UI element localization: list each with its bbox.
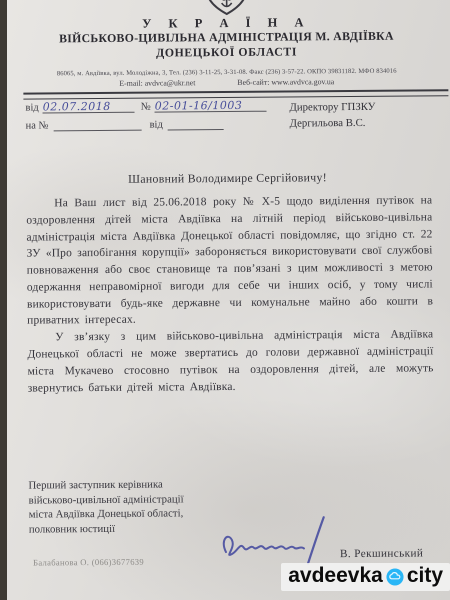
signatory-title-line: Перший заступник керівника	[28, 477, 183, 493]
letter-body: На Ваш лист від 25.06.2018 року № Х-5 що…	[26, 192, 434, 397]
watermark-text-left: avdeevka	[288, 564, 383, 588]
signatory-title-line: військово-цивільної адміністрації	[29, 492, 184, 508]
ref-number-label: №	[141, 102, 151, 113]
watermark-text-right: city	[407, 564, 443, 588]
ref-on-date-blank	[168, 117, 224, 130]
reference-row-outgoing: від 02.07.2018 № 02-01-16/1003	[25, 99, 275, 114]
signatory-title-line: міста Авдіївка Донецької області,	[29, 506, 184, 522]
letterhead-org-line2: ДОНЕЦЬКОЇ ОБЛАСТІ	[7, 43, 448, 61]
signatory-title-block: Перший заступник керівника військово-цив…	[28, 477, 184, 536]
letter-paper: У К Р А Ї Н А ВІЙСЬКОВО-ЦИВІЛЬНА АДМІНІС…	[7, 0, 450, 600]
ref-on-from-label: від	[150, 120, 163, 131]
ref-on-number-label: на №	[26, 120, 49, 131]
reference-row-incoming: на № від	[26, 117, 276, 132]
salutation: Шановний Володимире Сергійовичу!	[7, 169, 449, 187]
signatory-title-line: полковник юстиції	[29, 521, 184, 537]
site-watermark: avdeevka city	[281, 563, 450, 591]
letter-content: У К Р А Ї Н А ВІЙСЬКОВО-ЦИВІЛЬНА АДМІНІС…	[7, 0, 450, 600]
document-photo: У К Р А Ї Н А ВІЙСЬКОВО-ЦИВІЛЬНА АДМІНІС…	[0, 0, 450, 600]
body-paragraph-1: На Ваш лист від 25.06.2018 року № Х-5 що…	[26, 192, 433, 329]
body-paragraph-2: У зв’язку з цим військово-цивільна адмін…	[27, 327, 434, 397]
recipient-name: Дергильова В.С.	[290, 115, 376, 132]
recipient-title: Директору ГПЗКУ	[289, 99, 375, 116]
ref-date-handwritten: 02.07.2018	[43, 100, 111, 114]
signatory-name: В. Рекшинський	[340, 547, 423, 560]
ref-on-number-blank	[54, 118, 142, 132]
handwritten-signature	[212, 511, 337, 570]
executor-contact: Балабанова О. (066)3677639	[33, 557, 144, 568]
letterhead-contacts: E-mail: avdvca@ukr.net Веб-сайт: www.avd…	[7, 76, 448, 88]
ref-number-blank: 02-01-16/1003	[155, 99, 267, 113]
watermark-globe-icon	[386, 568, 404, 586]
ref-from-label: від	[25, 102, 38, 113]
letterhead-email: E-mail: avdvca@ukr.net	[119, 78, 195, 88]
reference-block: від 02.07.2018 № 02-01-16/1003 на № від	[25, 99, 275, 137]
ukraine-trident-emblem-icon	[200, 0, 252, 17]
ref-date-blank: 02.07.2018	[43, 100, 135, 114]
recipient-block: Директору ГПЗКУ Дергильова В.С.	[289, 99, 375, 132]
ref-number-handwritten: 02-01-16/1003	[155, 99, 243, 113]
letterhead-website: Веб-сайт: www.avdvca.gov.ua	[237, 77, 334, 87]
